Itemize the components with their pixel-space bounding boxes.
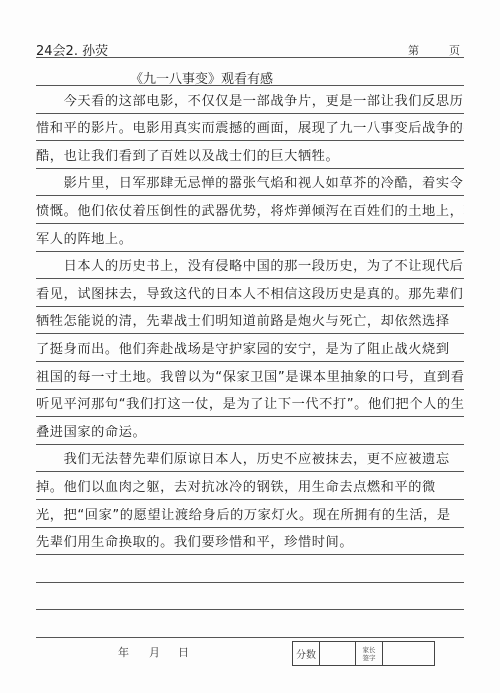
ruled-line — [36, 527, 464, 528]
ruled-line — [36, 278, 464, 279]
essay-line: 影片里，日军那肆无忌惮的嚣张气焰和视人如草芥的冷酷，着实令人 — [36, 176, 464, 192]
date-month-label: 月 — [149, 644, 160, 660]
ruled-line — [36, 554, 464, 555]
essay-line: 掉。他们以血肉之躯，去对抗冰冷的钢铁，用生命去点燃和平的微 — [36, 480, 464, 496]
essay-line: 愤慨。他们依仗着压倒性的武器优势，将炸弹倾泻在百姓们的土地上，和 — [36, 204, 464, 220]
ruled-line — [36, 582, 464, 583]
score-field[interactable] — [320, 642, 356, 665]
essay-line: 惜和平的影片。电影用真实而震撼的画面，展现了九一八事变后战争的残 — [36, 121, 464, 137]
ruled-line — [36, 499, 464, 500]
essay-line: 光，把“回家”的愿望让渡给身后的万家灯火。现在所拥有的生活，是 — [36, 508, 464, 524]
essay-line: 酷，也让我们看到了百姓以及战士们的巨大牺牲。 — [36, 149, 464, 165]
ruled-line — [36, 113, 464, 114]
ruled-line — [36, 306, 464, 307]
parent-sign-label-line2: 签字 — [363, 654, 376, 662]
essay-line: 看见，试图抹去，导致这代的日本人不相信这段历史是真的。那先辈们的 — [36, 287, 464, 303]
ruled-line — [36, 140, 464, 141]
essay-line: 我们无法替先辈们原谅日本人，历史不应被抹去，更不应被遗忘 — [36, 452, 464, 468]
ruled-line — [36, 333, 464, 334]
date-day-label: 日 — [178, 644, 189, 660]
ruled-line — [36, 195, 464, 196]
ruled-line — [36, 444, 464, 445]
ruled-line — [36, 85, 464, 86]
ruled-line — [36, 168, 464, 169]
homework-page: 24会2. 孙荧 第 页 《九一八事变》观看有感 今天看的这部电影，不仅仅是一部… — [0, 0, 500, 693]
ruled-line — [36, 361, 464, 362]
essay-line: 叠进国家的命运。 — [36, 425, 464, 441]
ruled-line — [36, 637, 464, 638]
ruled-line — [36, 416, 464, 417]
essay-line: 祖国的每一寸土地。我曾以为“保家卫国”是课本里抽象的口号，直到看见 — [36, 370, 464, 386]
ruled-line — [36, 251, 464, 252]
page-label-end: 页 — [449, 42, 460, 58]
essay-line: 听见平河那句“我们打这一仗，是为了让下一代不打”。他们把个人的生死折 — [36, 397, 464, 413]
parent-sign-field[interactable] — [383, 642, 434, 665]
essay-line: 牺牲怎能说的清，先辈战士们明知道前路是炮火与死亡，却依然选择 — [36, 314, 464, 330]
score-box: 分数 家长 签字 — [292, 641, 435, 666]
essay-line: 日本人的历史书上，没有侵略中国的那一段历史，为了不让现代后代人 — [36, 259, 464, 275]
ruled-line — [36, 223, 464, 224]
score-label: 分数 — [293, 642, 320, 665]
essay-line: 今天看的这部电影，不仅仅是一部战争片，更是一部让我们反思历史，珍 — [36, 94, 464, 110]
ruled-line — [36, 57, 464, 58]
parent-sign-label: 家长 签字 — [356, 642, 383, 665]
essay-line: 军人的阵地上。 — [36, 232, 464, 248]
ruled-line — [36, 609, 464, 610]
ruled-line — [36, 471, 464, 472]
date-year-label: 年 — [118, 644, 129, 660]
essay-line: 先辈们用生命换取的。我们要珍惜和平，珍惜时间。 — [36, 535, 464, 551]
page-label: 第 — [408, 42, 419, 58]
parent-sign-label-line1: 家长 — [363, 646, 376, 654]
essay-line: 了挺身而出。他们奔赴战场是守护家园的安宁，是为了阻止战火烧到 — [36, 342, 464, 358]
ruled-line — [36, 389, 464, 390]
